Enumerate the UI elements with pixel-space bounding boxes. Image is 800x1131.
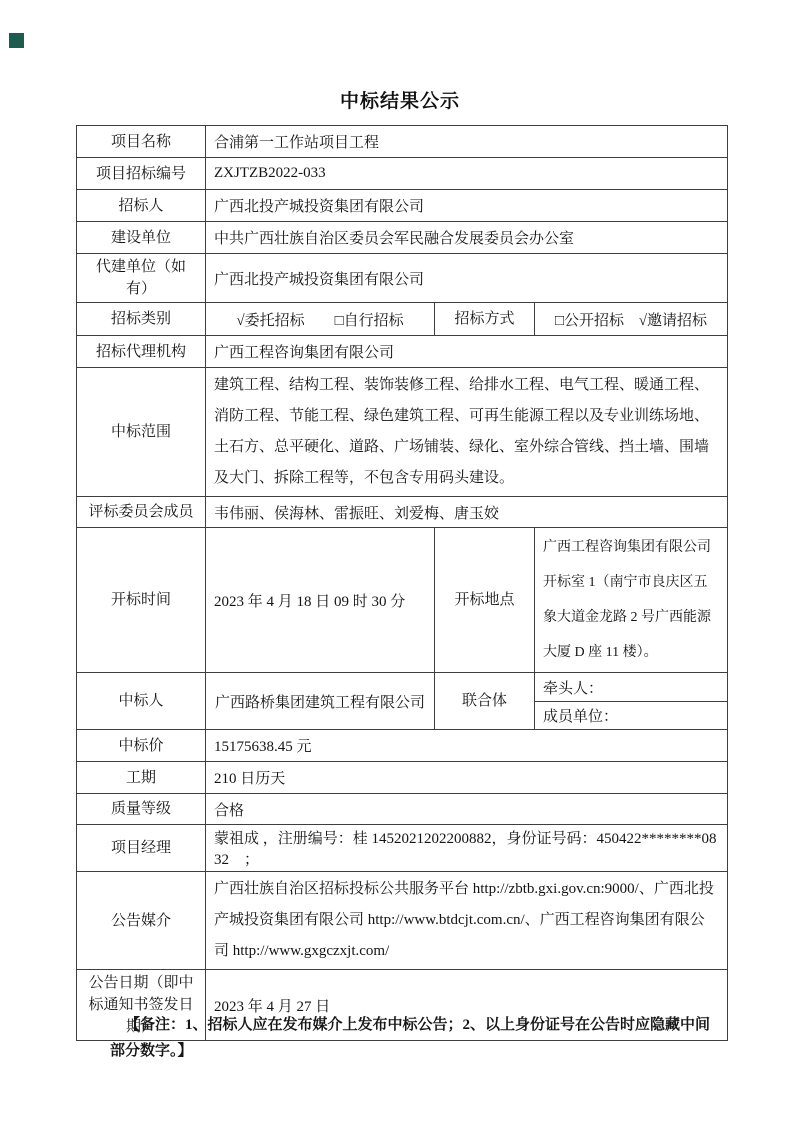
value-price: 15175638.45 元 xyxy=(206,730,728,762)
value-agency: 广西工程咨询集团有限公司 xyxy=(206,336,728,368)
value-tenderer: 广西北投产城投资集团有限公司 xyxy=(206,190,728,222)
table-row: 中标人 广西路桥集团建筑工程有限公司 联合体 牵头人： xyxy=(77,673,728,702)
label-agent-unit: 代建单位（如有） xyxy=(77,254,206,303)
checkbox-open-tender: □公开招标 xyxy=(555,309,624,330)
label-price: 中标价 xyxy=(77,730,206,762)
checkbox-self-tender: □自行招标 xyxy=(335,309,404,330)
bid-result-table: 项目名称 合浦第一工作站项目工程 项目招标编号 ZXJTZB2022-033 招… xyxy=(76,125,728,1041)
label-tender-no: 项目招标编号 xyxy=(77,158,206,190)
value-scope: 建筑工程、结构工程、装饰装修工程、给排水工程、电气工程、暖通工程、消防工程、节能… xyxy=(206,368,728,497)
value-winner: 广西路桥集团建筑工程有限公司 xyxy=(206,673,435,730)
value-project-name: 合浦第一工作站项目工程 xyxy=(206,126,728,158)
value-media: 广西壮族自治区招标投标公共服务平台 http://zbtb.gxi.gov.cn… xyxy=(206,872,728,970)
corner-marker xyxy=(9,33,24,48)
label-quality: 质量等级 xyxy=(77,794,206,825)
table-row: 公告媒介 广西壮族自治区招标投标公共服务平台 http://zbtb.gxi.g… xyxy=(77,872,728,970)
table-row: 招标人 广西北投产城投资集团有限公司 xyxy=(77,190,728,222)
table-row: 质量等级 合格 xyxy=(77,794,728,825)
label-category: 招标类别 xyxy=(77,303,206,336)
table-row: 建设单位 中共广西壮族自治区委员会军民融合发展委员会办公室 xyxy=(77,222,728,254)
table-row: 项目招标编号 ZXJTZB2022-033 xyxy=(77,158,728,190)
value-duration: 210 日历天 xyxy=(206,762,728,794)
consortium-leader: 牵头人： xyxy=(535,673,728,702)
label-project-name: 项目名称 xyxy=(77,126,206,158)
method-options: □公开招标 √邀请招标 xyxy=(535,303,728,336)
checkbox-delegated-tender: √委托招标 xyxy=(236,309,304,330)
table-row: 招标类别 √委托招标 □自行招标 招标方式 □公开招标 √邀请招标 xyxy=(77,303,728,336)
table-row: 招标代理机构 广西工程咨询集团有限公司 xyxy=(77,336,728,368)
label-opening-place: 开标地点 xyxy=(435,528,535,673)
table-row: 代建单位（如有） 广西北投产城投资集团有限公司 xyxy=(77,254,728,303)
value-quality: 合格 xyxy=(206,794,728,825)
label-consortium: 联合体 xyxy=(435,673,535,730)
label-owner-unit: 建设单位 xyxy=(77,222,206,254)
document-page: 中标结果公示 项目名称 合浦第一工作站项目工程 项目招标编号 ZXJTZB202… xyxy=(0,0,800,1131)
label-opening-time: 开标时间 xyxy=(77,528,206,673)
value-opening-time: 2023 年 4 月 18 日 09 时 30 分 xyxy=(206,528,435,673)
label-media: 公告媒介 xyxy=(77,872,206,970)
table-row: 项目名称 合浦第一工作站项目工程 xyxy=(77,126,728,158)
category-options: √委托招标 □自行招标 xyxy=(206,303,435,336)
label-agency: 招标代理机构 xyxy=(77,336,206,368)
value-owner-unit: 中共广西壮族自治区委员会军民融合发展委员会办公室 xyxy=(206,222,728,254)
value-manager: 蒙祖成 ，注册编号：桂 1452021202200882，身份证号码：45042… xyxy=(206,825,728,872)
table-row: 工期 210 日历天 xyxy=(77,762,728,794)
value-tender-no: ZXJTZB2022-033 xyxy=(206,158,728,190)
table-row: 项目经理 蒙祖成 ，注册编号：桂 1452021202200882，身份证号码：… xyxy=(77,825,728,872)
table-row: 评标委员会成员 韦伟丽、侯海林、雷振旺、刘爱梅、唐玉姣 xyxy=(77,497,728,528)
label-tender-method: 招标方式 xyxy=(435,303,535,336)
value-committee: 韦伟丽、侯海林、雷振旺、刘爱梅、唐玉姣 xyxy=(206,497,728,528)
label-winner: 中标人 xyxy=(77,673,206,730)
label-manager: 项目经理 xyxy=(77,825,206,872)
footnote: 【备注：1、招标人应在发布媒介上发布中标公告；2、以上身份证号在公告时应隐藏中间… xyxy=(110,1012,712,1064)
checkbox-invited-tender: √邀请招标 xyxy=(639,309,707,330)
value-agent-unit: 广西北投产城投资集团有限公司 xyxy=(206,254,728,303)
page-title: 中标结果公示 xyxy=(0,86,800,113)
label-committee: 评标委员会成员 xyxy=(77,497,206,528)
table-row: 中标价 15175638.45 元 xyxy=(77,730,728,762)
value-opening-place: 广西工程咨询集团有限公司开标室 1（南宁市良庆区五象大道金龙路 2 号广西能源大… xyxy=(535,528,728,673)
label-duration: 工期 xyxy=(77,762,206,794)
table-row: 开标时间 2023 年 4 月 18 日 09 时 30 分 开标地点 广西工程… xyxy=(77,528,728,673)
label-tenderer: 招标人 xyxy=(77,190,206,222)
table-row: 中标范围 建筑工程、结构工程、装饰装修工程、给排水工程、电气工程、暖通工程、消防… xyxy=(77,368,728,497)
label-scope: 中标范围 xyxy=(77,368,206,497)
consortium-members: 成员单位： xyxy=(535,702,728,730)
